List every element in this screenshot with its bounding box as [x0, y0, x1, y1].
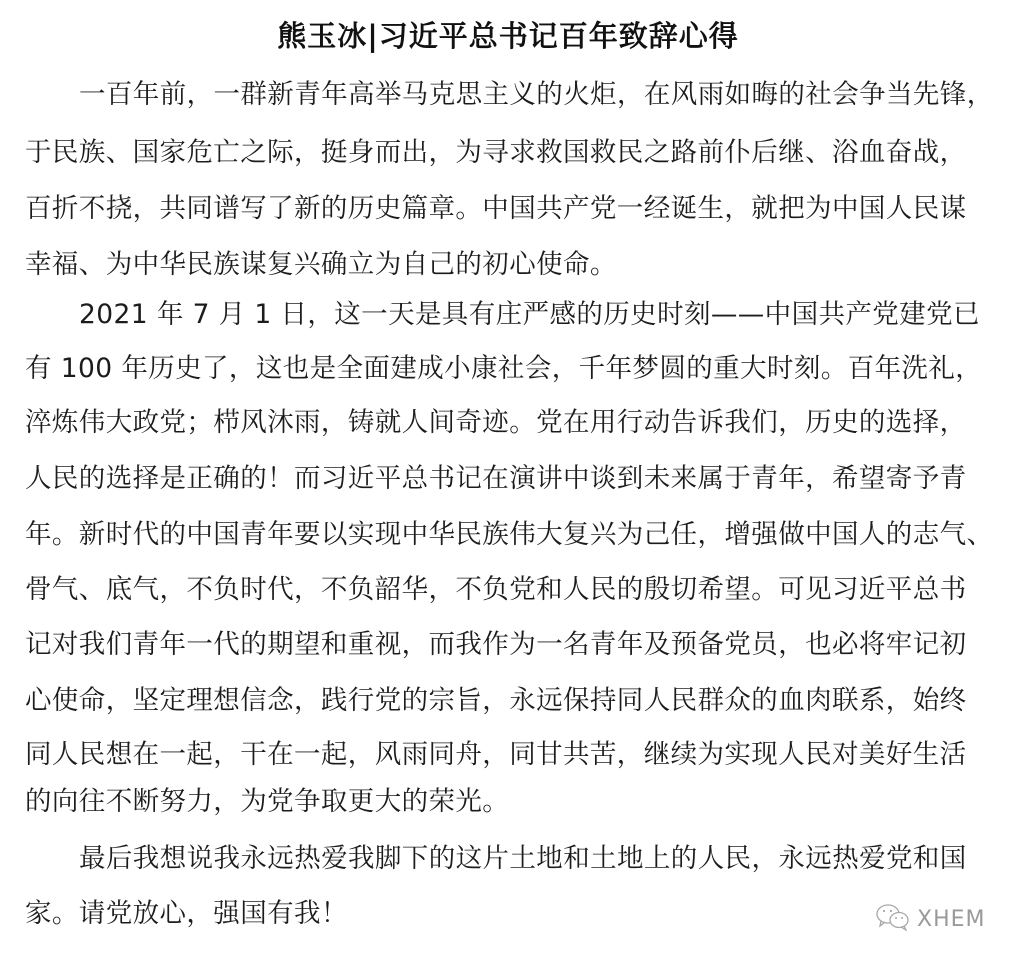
text-line: 百折不挠，共同谱写了新的历史篇章。中国共产党一经诞生，就把为中国人民谋: [25, 192, 967, 226]
text-line: 人民的选择是正确的！而习近平总书记在演讲中谈到未来属于青年，希望寄予青: [25, 462, 967, 496]
text-line: 于民族、国家危亡之际，挺身而出，为寻求救国救民之路前仆后继、浴血奋战，: [25, 136, 967, 170]
text-line: 淬炼伟大政党；栉风沐雨，铸就人间奇迹。党在用行动告诉我们，历史的选择，: [25, 406, 967, 440]
wechat-icon: [875, 903, 911, 935]
text-line: 一百年前，一群新青年高举马克思主义的火炬，在风雨如晦的社会争当先锋，: [79, 78, 994, 112]
text-line: 骨气、底气，不负时代，不负韶华，不负党和人民的殷切希望。可见习近平总书: [25, 573, 967, 607]
text-line: 幸福、为中华民族谋复兴确立为自己的初心使命。: [25, 248, 617, 282]
text-line: 家。请党放心，强国有我！: [25, 897, 348, 931]
watermark-text: XHEM: [917, 907, 986, 932]
text-line: 的向往不断努力，为党争取更大的荣光。: [25, 785, 509, 819]
document-title: 熊玉冰|习近平总书记百年致辞心得: [0, 14, 1016, 55]
text-line: 2021 年 7 月 1 日，这一天是具有庄严感的历史时刻——中国共产党建党已: [79, 298, 980, 332]
text-line: 有 100 年历史了，这也是全面建成小康社会，千年梦圆的重大时刻。百年洗礼，: [25, 352, 982, 386]
text-line: 记对我们青年一代的期望和重视，而我作为一名青年及预备党员，也必将牢记初: [25, 628, 967, 662]
watermark: XHEM: [875, 905, 986, 933]
text-line: 最后我想说我永远热爱我脚下的这片土地和土地上的人民，永远热爱党和国: [79, 842, 967, 876]
text-line: 年。新时代的中国青年要以实现中华民族伟大复兴为己任，增强做中国人的志气、: [25, 518, 993, 552]
text-line: 心使命，坚定理想信念，践行党的宗旨，永远保持同人民群众的血肉联系，始终: [25, 684, 967, 718]
text-line: 同人民想在一起，干在一起，风雨同舟，同甘共苦，继续为实现人民对美好生活: [25, 738, 967, 772]
